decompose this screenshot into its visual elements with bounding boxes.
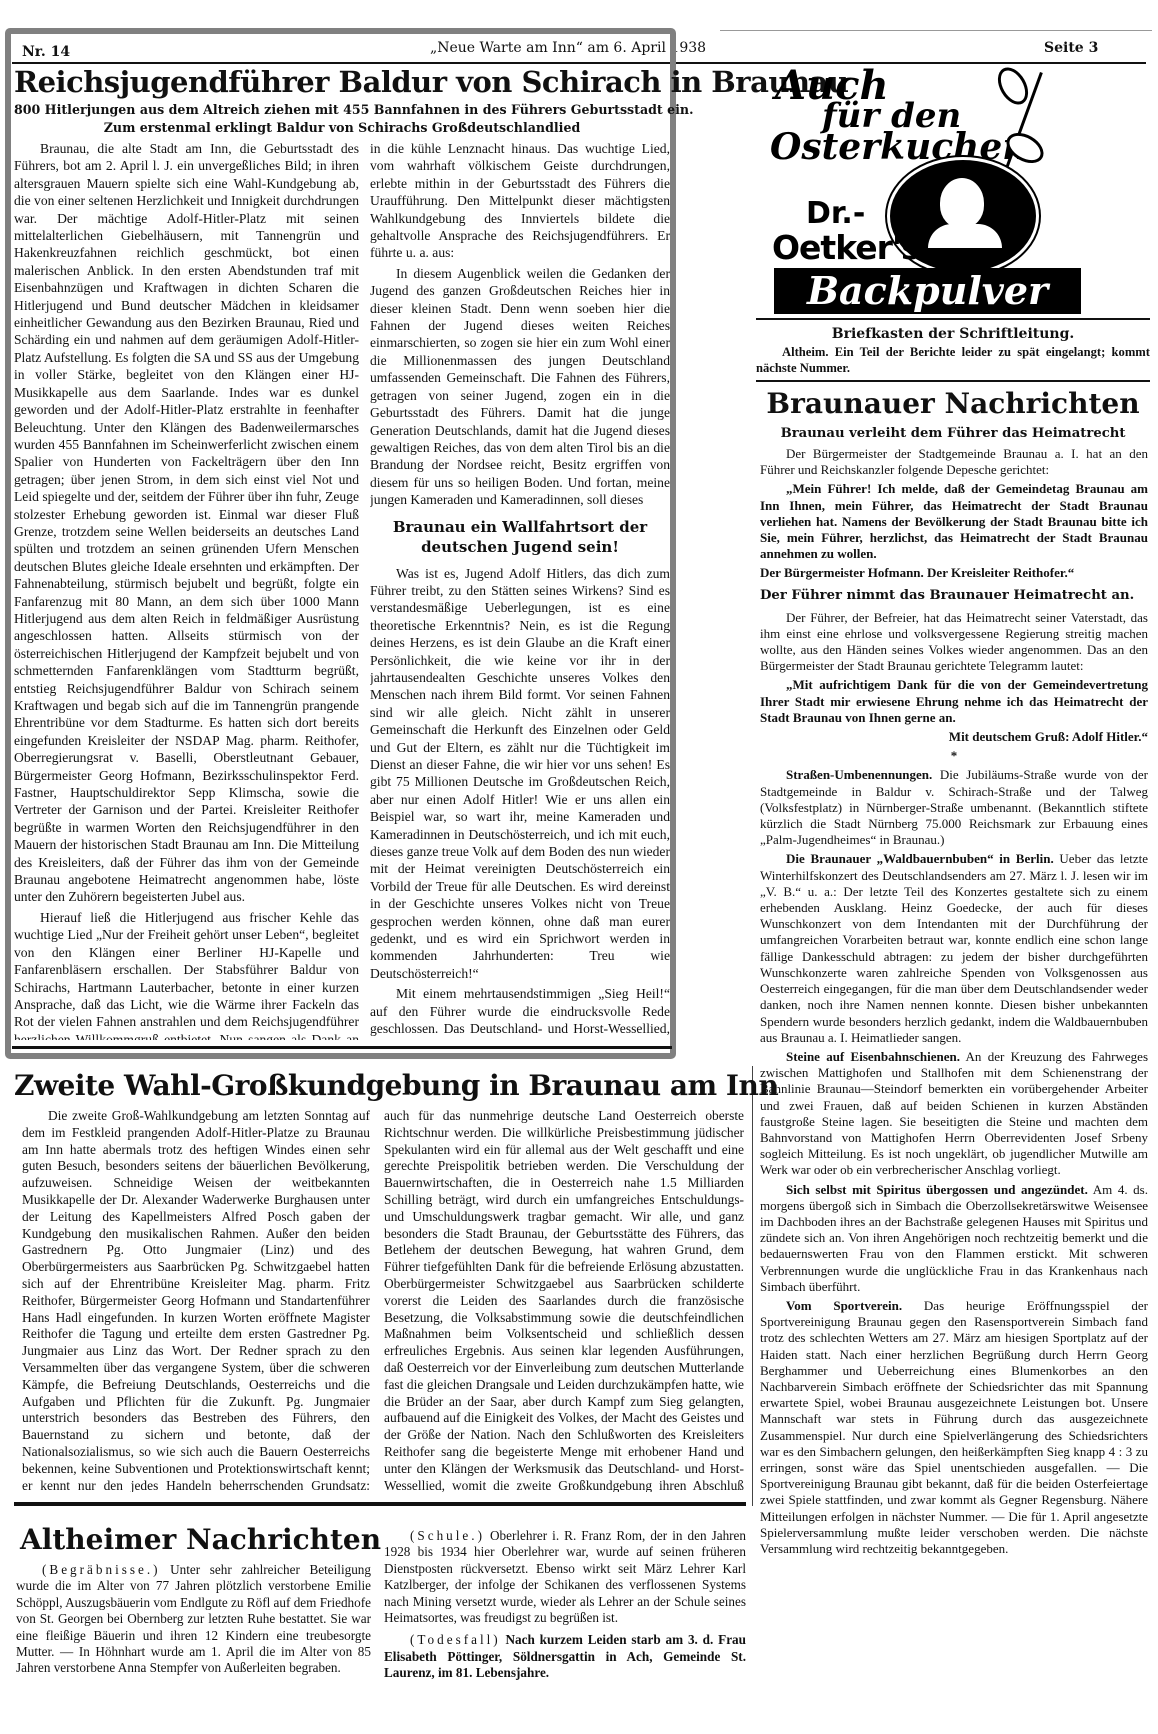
- telegram-signature: Der Bürgermeister Hofmann. Der Kreisleit…: [760, 565, 1148, 581]
- news-item-lead: (Begräbnisse.): [42, 1562, 161, 1577]
- news-item-lead: Vom Sportverein.: [786, 1298, 902, 1313]
- news-item-lead: Straßen-Umbenennungen.: [786, 767, 932, 782]
- news-item-text: Am 4. ds. morgens übergoß sich in Simbac…: [760, 1182, 1148, 1294]
- column-divider: [752, 1066, 753, 1506]
- paragraph: In diesem Augenblick weilen die Gedanken…: [370, 265, 670, 509]
- news-item-lead: (Schule.): [410, 1528, 485, 1543]
- woman-silhouette-shoulders: [928, 224, 1002, 248]
- news-item-lead: (Todesfall): [410, 1632, 501, 1647]
- news-item-text: Unter sehr zahlreicher Beteiligung wurde…: [16, 1562, 371, 1675]
- news-item: (Schule.) Oberlehrer i. R. Franz Rom, de…: [384, 1528, 746, 1626]
- news-item-text: Das heurige Eröffnungsspiel der Sportver…: [760, 1298, 1148, 1556]
- main-subhead-2: Zum erstenmal erklingt Baldur von Schira…: [14, 120, 670, 135]
- news-item-text: Ueber das letzte Winterhilfskonzert des …: [760, 851, 1148, 1044]
- briefkasten-text: Altheim. Ein Teil der Berichte leider zu…: [756, 344, 1150, 384]
- column-subhead: Braunau ein Wallfahrtsort der deutschen …: [370, 517, 670, 557]
- second-headline: Zweite Wahl-Großkundgebung in Braunau am…: [14, 1068, 744, 1104]
- braunauer-nachrichten-subhead: Braunau verleiht dem Führer das Heimatre…: [756, 426, 1150, 441]
- briefkasten-lead: Altheim.: [782, 345, 829, 359]
- altheimer-column-1: (Begräbnisse.) Unter sehr zahlreicher Be…: [16, 1562, 371, 1712]
- news-item-lead: Sich selbst mit Spiritus übergossen und …: [786, 1182, 1088, 1197]
- news-item-text: An der Kreuzung des Fahrweges zwischen M…: [760, 1049, 1148, 1177]
- news-item: Vom Sportverein. Das heurige Eröffnungss…: [760, 1298, 1148, 1557]
- briefkasten-title: Briefkasten der Schriftleitung.: [756, 326, 1150, 342]
- woman-silhouette-icon: [940, 178, 984, 228]
- ad-brand-oetkers: Oetker's: [772, 228, 920, 267]
- paragraph: auch für das nunmehrige deutsche Land Oe…: [384, 1108, 744, 1492]
- main-article-column-2: in die kühle Lenznacht hinaus. Das wucht…: [370, 140, 670, 1040]
- paragraph: Der Bürgermeister der Stadtgemeinde Brau…: [760, 446, 1148, 478]
- main-subhead-1: 800 Hitlerjungen aus dem Altreich ziehen…: [14, 102, 670, 117]
- paragraph: Die zweite Groß-Wahlkundgebung am letzte…: [22, 1108, 370, 1492]
- news-item: Straßen-Umbenennungen. Die Jubiläums-Str…: [760, 767, 1148, 848]
- paragraph: Hierauf ließ die Hitlerjugend aus frisch…: [14, 909, 359, 1040]
- braunauer-nachrichten-column: Der Bürgermeister der Stadtgemeinde Brau…: [760, 446, 1148, 1706]
- paragraph: Was ist es, Jugend Adolf Hitlers, das di…: [370, 565, 670, 983]
- main-article-column-1: Braunau, die alte Stadt am Inn, die Gebu…: [14, 140, 359, 1040]
- masthead-top-rule: [720, 30, 1152, 31]
- main-headline: Reichsjugendführer Baldur von Schirach i…: [14, 64, 670, 100]
- ad-bottom-rule: [756, 318, 1150, 320]
- news-item-lead: Steine auf Eisenbahnschienen.: [786, 1049, 960, 1064]
- paragraph: Der Führer, der Befreier, hat das Heimat…: [760, 610, 1148, 675]
- paragraph: Braunau, die alte Stadt am Inn, die Gebu…: [14, 140, 359, 906]
- main-article-bottom-rule: [12, 1046, 672, 1049]
- news-item-lead: Die Braunauer „Waldbauernbuben“ in Berli…: [786, 851, 1054, 866]
- altheimer-nachrichten-title: Altheimer Nachrichten: [20, 1520, 365, 1560]
- telegram-text: „Mein Führer! Ich melde, daß der Gemeind…: [760, 481, 1148, 562]
- ad-product-banner: Backpulver: [774, 268, 1081, 314]
- news-item: Sich selbst mit Spiritus übergossen und …: [760, 1182, 1148, 1295]
- reply-telegram: „Mit aufrichtigem Dank für die von der G…: [760, 677, 1148, 726]
- second-article-column-2: auch für das nunmehrige deutsche Land Oe…: [384, 1108, 744, 1492]
- second-article-column-1: Die zweite Groß-Wahlkundgebung am letzte…: [22, 1108, 370, 1492]
- ad-line-osterkuchen: Osterkuchen: [770, 126, 1028, 168]
- separator-star: *: [760, 748, 1148, 764]
- news-item: (Begräbnisse.) Unter sehr zahlreicher Be…: [16, 1562, 371, 1677]
- column-subhead: Der Führer nimmt das Braunauer Heimatrec…: [760, 586, 1148, 606]
- second-article-bottom-rule: [14, 1502, 746, 1506]
- paragraph: Mit einem mehrtausendstimmigen „Sieg Hei…: [370, 985, 670, 1040]
- briefkasten-bottom-rule: [756, 380, 1150, 382]
- news-item: (Todesfall) Nach kurzem Leiden starb am …: [384, 1632, 746, 1681]
- paragraph: in die kühle Lenznacht hinaus. Das wucht…: [370, 140, 670, 262]
- page-number: Seite 3: [1044, 40, 1098, 56]
- altheimer-column-2: (Schule.) Oberlehrer i. R. Franz Rom, de…: [384, 1528, 746, 1708]
- reply-signature: Mit deutschem Gruß: Adolf Hitler.“: [760, 729, 1148, 745]
- braunauer-nachrichten-title: Braunauer Nachrichten: [756, 386, 1150, 422]
- news-item: Steine auf Eisenbahnschienen. An der Kre…: [760, 1049, 1148, 1179]
- ad-brand-dr: Dr.-: [806, 196, 865, 231]
- news-item: Die Braunauer „Waldbauernbuben“ in Berli…: [760, 851, 1148, 1045]
